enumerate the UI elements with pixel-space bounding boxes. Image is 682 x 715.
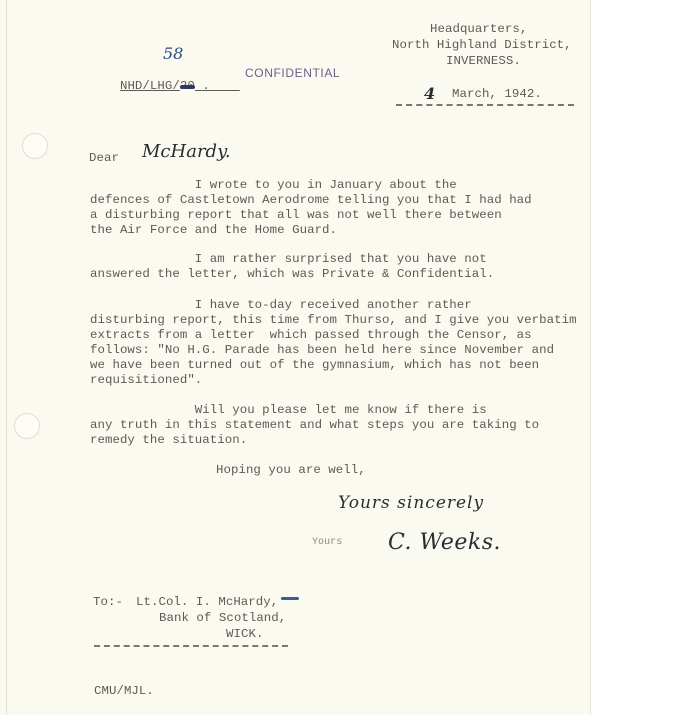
addressee-label: To:-: [93, 594, 123, 610]
body-p4-line2: any truth in this statement and what ste…: [90, 417, 539, 433]
typed-closing: Yours: [312, 535, 342, 551]
body-p3-line3: extracts from a letter which passed thro…: [90, 327, 532, 343]
addressee-line-2: Bank of Scotland,: [159, 610, 286, 626]
address-line-1: Headquarters,: [430, 21, 527, 37]
body-p1-line3: a disturbing report that all was not wel…: [90, 207, 502, 223]
body-p4-line1: Will you please let me know if there is: [90, 402, 487, 418]
salutation: Dear: [89, 150, 119, 166]
body-p2-line2: answered the letter, which was Private &…: [90, 266, 494, 282]
blue-pencil-mark: [281, 597, 299, 600]
handwritten-date-day: 4: [424, 84, 435, 103]
punch-hole-top: [22, 133, 48, 159]
body-p1-line2: defences of Castletown Aerodrome telling…: [90, 192, 532, 208]
body-p4-line3: remedy the situation.: [90, 432, 247, 448]
handwritten-closing: Yours sincerely: [338, 493, 484, 513]
date: March, 1942.: [452, 86, 542, 102]
address-line-3: INVERNESS.: [446, 53, 521, 69]
body-p3-line1: I have to-day received another rather: [90, 297, 472, 313]
address-divider: [396, 104, 574, 106]
letter-page: NHD/LHG/20 . 58 CONFIDENTIAL Headquarter…: [0, 0, 591, 715]
closing-line: Hoping you are well,: [216, 462, 366, 478]
reference-prefix: NHD/LHG/: [120, 79, 180, 93]
body-p3-line6: requisitioned".: [90, 372, 202, 388]
struck-reference: 20: [180, 78, 195, 94]
body-p1-line1: I wrote to you in January about the: [90, 177, 457, 193]
page-edge: [6, 0, 7, 715]
body-p2-line1: I am rather surprised that you have not: [90, 251, 487, 267]
typist-initials: CMU/MJL.: [94, 683, 154, 699]
addressee-divider: [94, 645, 288, 647]
address-line-2: North Highland District,: [392, 37, 572, 53]
signature: C. Weeks.: [388, 530, 501, 555]
handwritten-reference-number: 58: [163, 44, 183, 63]
body-p3-line5: we have been turned out of the gymnasium…: [90, 357, 539, 373]
body-p3-line2: disturbing report, this time from Thurso…: [90, 312, 577, 328]
reference-number: NHD/LHG/20 .: [90, 62, 240, 110]
reference-suffix: .: [202, 79, 210, 93]
confidential-stamp: CONFIDENTIAL: [245, 66, 340, 80]
handwritten-recipient-name: McHardy.: [142, 141, 231, 162]
body-p1-line4: the Air Force and the Home Guard.: [90, 222, 337, 238]
addressee-line-1: Lt.Col. I. McHardy,: [136, 594, 278, 610]
addressee-line-3: WICK.: [226, 626, 263, 642]
punch-hole-bottom: [14, 413, 40, 439]
body-p3-line4: follows: "No H.G. Parade has been held h…: [90, 342, 554, 358]
